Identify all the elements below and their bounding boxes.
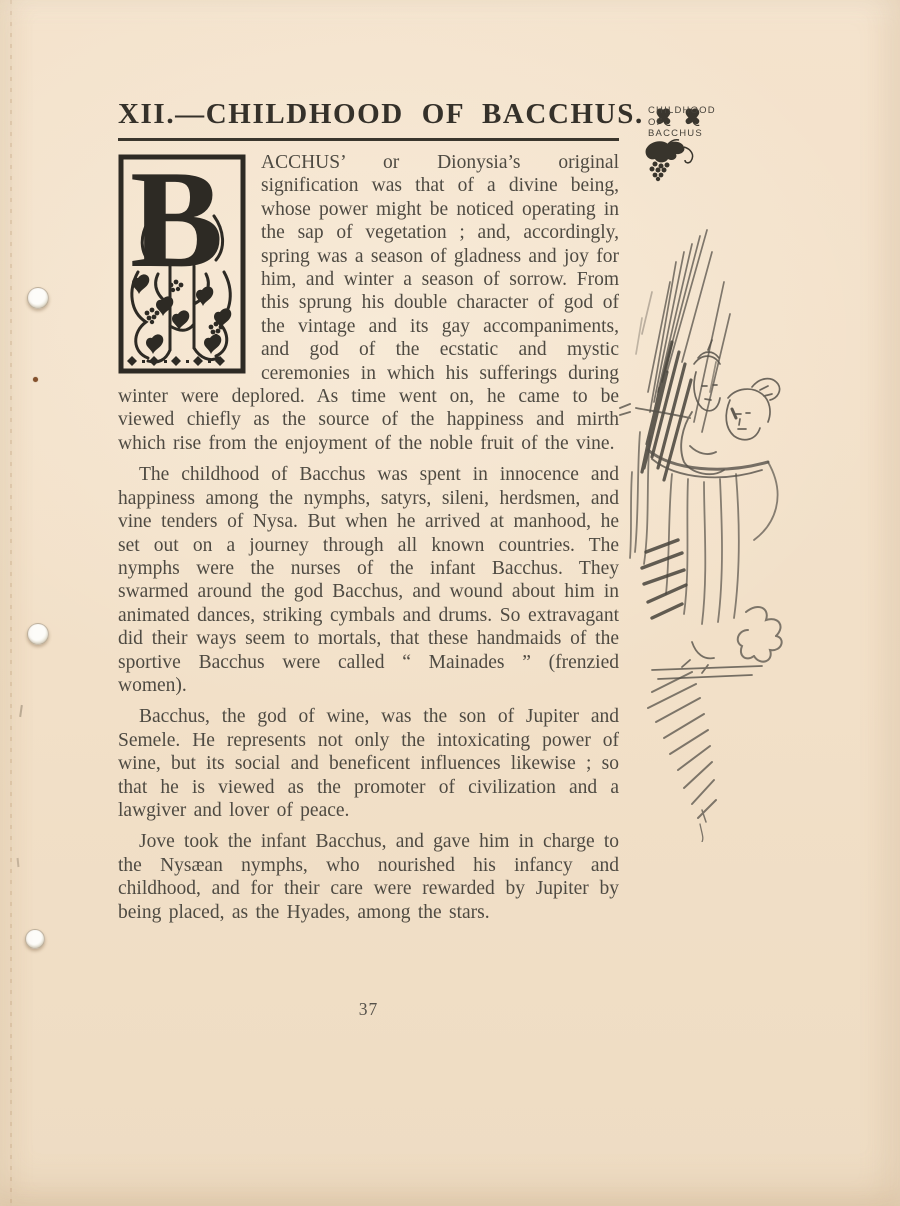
paragraph: B xyxy=(118,151,619,455)
paper-speck xyxy=(33,377,38,382)
punch-hole xyxy=(25,929,45,949)
page-title: XII.—CHILDHOOD OF BACCHUS. xyxy=(118,98,644,131)
margin-note-line: CHILDHOOD xyxy=(648,105,778,117)
chapter-title-block: XII.—CHILDHOOD OF BACCHUS. xyxy=(118,98,619,141)
paper-speck xyxy=(19,705,23,717)
paragraph: Jove took the infant Bacchus, and gave h… xyxy=(118,830,619,924)
paragraph: The childhood of Bacchus was spent in in… xyxy=(118,463,619,697)
paragraph: Bacchus, the god of wine, was the son of… xyxy=(118,705,619,822)
statue-sketch-illustration xyxy=(612,222,812,842)
page-number: 37 xyxy=(118,999,619,1020)
scanned-book-page: XII.—CHILDHOOD OF BACCHUS. CHILDHOOD OF … xyxy=(0,0,900,1206)
punch-hole xyxy=(27,623,49,645)
margin-note-line: OF xyxy=(648,117,778,129)
paper-speck xyxy=(17,858,20,867)
grape-cluster-icon xyxy=(640,138,700,182)
punch-hole xyxy=(27,287,49,309)
page-crease xyxy=(10,0,12,1206)
body-text-column: B xyxy=(118,151,619,924)
margin-note: CHILDHOOD OF BACCHUS xyxy=(648,105,778,140)
drop-cap-initial: B xyxy=(118,154,246,374)
